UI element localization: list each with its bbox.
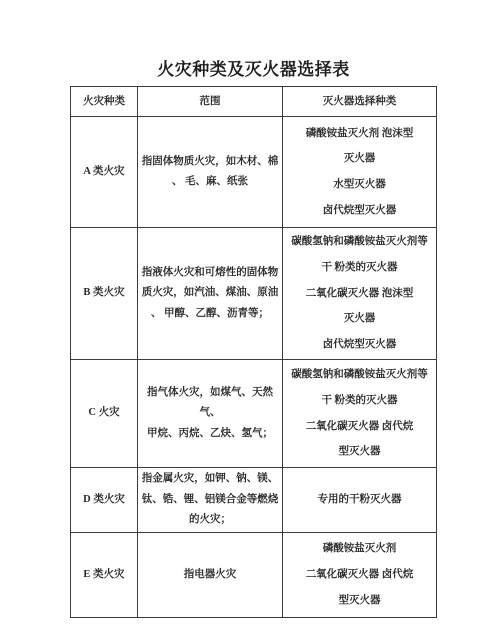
row-c-fire-type: C 火灾: [71, 360, 137, 467]
row-c-extinguishers: 碳酸氢钠和磷酸铵盐灭火剂等 干 粉类的灭火器 二氧化碳灭火器 卤代烷 型灭火器: [283, 360, 436, 467]
row-a-extinguishers: 磷酸铵盐灭火剂 泡沫型 灭火器 水型灭火器 卤代烷型灭火器: [283, 117, 436, 227]
row-e-scope: 指电器火灾: [138, 533, 282, 617]
page-title: 火灾种类及灭火器选择表: [70, 55, 437, 80]
row-a-scope: 指固体物质火灾，如木材、棉 、 毛、麻、纸张: [138, 117, 282, 227]
row-b-fire-type: B 类火灾: [71, 228, 137, 359]
row-a-fire-type: A 类火灾: [71, 117, 137, 227]
row-b-scope: 指液体火灾和可熔性的固体物 质火灾，如汽油、煤油、原油 、 甲醇、乙醇、沥青等；: [138, 228, 282, 359]
header-fire-type: 火灾种类: [71, 87, 137, 116]
row-c-scope: 指气体火灾，如煤气、天然气、 甲烷、丙烷、乙炔、氢气；: [138, 360, 282, 467]
row-e-extinguishers: 磷酸铵盐灭火剂 二氧化碳灭火器 卤代烷 型灭火器: [283, 533, 436, 617]
row-d-extinguishers: 专用的干粉灭火器: [283, 468, 436, 532]
header-extinguisher-type: 灭火器选择种类: [283, 87, 436, 116]
header-scope: 范围: [138, 87, 282, 116]
row-e-fire-type: E 类火灾: [71, 533, 137, 617]
row-b-extinguishers: 碳酸氢钠和磷酸铵盐灭火剂等 干 粉类的灭火器 二氧化碳灭火器 泡沫型 灭火器 卤…: [283, 228, 436, 359]
row-d-fire-type: D 类火灾: [71, 468, 137, 532]
row-d-scope: 指金属火灾，如钾、钠、镁、 钛、锆、锂、铝镁合金等燃烧 的火灾；: [138, 468, 282, 532]
fire-extinguisher-table: 火灾种类 范围 灭火器选择种类 A 类火灾 指固体物质火灾，如木材、棉 、 毛、…: [70, 86, 437, 618]
